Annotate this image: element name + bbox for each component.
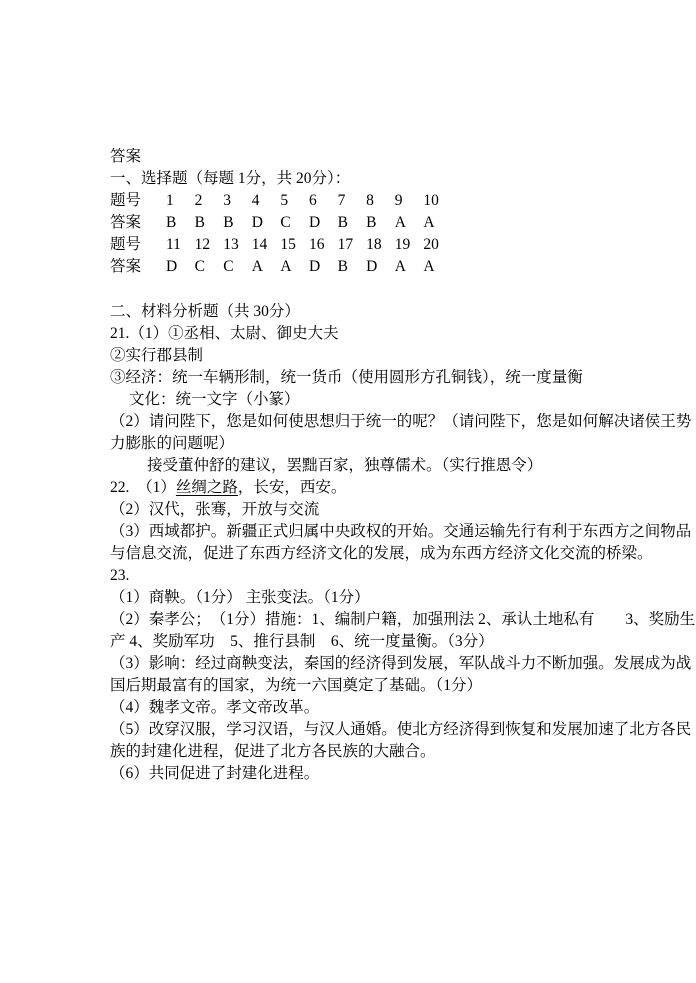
question-number-cell: 7 [338,190,367,212]
q22-answer-line: 22. （1）丝绸之路，长安，西安。 [110,477,670,499]
q22-answer-line: 与信息交流，促进了东西方经济文化的发展，成为东西方经济文化交流的桥梁。 [110,543,670,565]
row-label: 答案 [110,256,166,278]
q21-answer-line: 接受董仲舒的建议，罢黜百家，独尊儒术。（实行推恩令） [110,455,670,477]
question-number-cell: 8 [366,190,395,212]
question-number-cell: 18 [366,234,395,256]
answer-cell: D [366,256,395,278]
section-gap [110,278,670,301]
q21-answer-line: 文化：统一文字（小篆） [110,389,670,411]
answer-cell: C [280,212,309,234]
row-label: 题号 [110,234,166,256]
q23-answer-line: （4）魏孝文帝。孝文帝改革。 [110,697,670,719]
answer-cell: D [252,212,281,234]
answer-cell: D [309,256,338,278]
q23-answer-line: （6）共同促进了封建化进程。 [110,763,670,785]
underlined-term: 丝绸之路 [176,479,238,496]
q23-answer-line: 国后期最富有的国家，为统一六国奠定了基础。（1分） [110,675,670,697]
row-label: 答案 [110,212,166,234]
question-number-cell: 1 [166,190,195,212]
q21-answer-line: ②实行郡县制 [110,345,670,367]
answer-cell: A [395,212,424,234]
q23-answer-line: 族的封建化进程，促进了北方各民族的大融合。 [110,741,670,763]
answer-cell: A [423,256,452,278]
question-number-cell: 15 [280,234,309,256]
q22-answer-line: （2）汉代，张骞，开放与交流 [110,499,670,521]
question-number-cell: 14 [252,234,281,256]
q22-line-prefix: 22. （1） [110,479,176,496]
question-number-cell: 12 [195,234,224,256]
question-number-cell: 6 [309,190,338,212]
answer-cell: D [166,256,195,278]
question-number-cell: 4 [252,190,281,212]
table-row-question-numbers: 题号 1 2 3 4 5 6 7 8 9 10 [110,190,670,212]
document-page: 答案 一、选择题（每题 1分，共 20分）： 题号 1 2 3 4 5 6 7 … [0,0,696,983]
page-title: 答案 [110,146,670,168]
question-number-cell: 11 [166,234,195,256]
q23-answer-line: （3）影响：经过商鞅变法，秦国的经济得到发展，军队战斗力不断加强。发展成为战 [110,653,670,675]
q21-answer-line: 力膨胀的问题呢） [110,433,670,455]
q21-answer-line: 21.（1）①丞相、太尉、御史大夫 [110,323,670,345]
answer-cell: A [395,256,424,278]
q21-answer-line: （2）请问陛下，您是如何使思想归于统一的呢？（请问陛下，您是如何解决诸侯王势 [110,411,670,433]
question-number-cell: 3 [223,190,252,212]
answer-cell: A [252,256,281,278]
question-number-cell: 5 [280,190,309,212]
table-row-answers: 答案 D C C A A D B D A A [110,256,670,278]
question-number-cell: 9 [395,190,424,212]
q21-answer-line: ③经济：统一车辆形制，统一货币（使用圆形方孔铜钱），统一度量衡 [110,367,670,389]
question-number-cell: 2 [195,190,224,212]
answer-cell: C [223,256,252,278]
answer-cell: B [366,212,395,234]
answer-cell: B [195,212,224,234]
answer-cell: C [195,256,224,278]
q22-answer-line: （3）西域都护。新疆正式归属中央政权的开始。交通运输先行有利于东西方之间物品 [110,521,670,543]
answer-cell: A [423,212,452,234]
question-number-cell: 16 [309,234,338,256]
q23-answer-line: 产 4、奖励军功 5、推行县制 6、统一度量衡。（3分） [110,631,670,653]
question-number-cell: 13 [223,234,252,256]
answer-cell: D [309,212,338,234]
answer-cell: A [280,256,309,278]
table-row-answers: 答案 B B B D C D B B A A [110,212,670,234]
q23-answer-line: （1）商鞅。（1分） 主张变法。（1分） [110,587,670,609]
answer-cell: B [223,212,252,234]
section2-heading: 二、材料分析题（共 30分） [110,301,670,323]
question-number-cell: 19 [395,234,424,256]
q23-answer-line: （5）改穿汉服，学习汉语，与汉人通婚。使北方经济得到恢复和发展加速了北方各民 [110,719,670,741]
row-label: 题号 [110,190,166,212]
q22-line-suffix: ，长安，西安。 [238,479,347,496]
q23-answer-line: （2）秦孝公； （1分）措施：1、编制户籍，加强刑法 2、承认土地私有 3、奖励… [110,609,670,631]
answer-cell: B [166,212,195,234]
question-number-cell: 20 [423,234,452,256]
q23-answer-line: 23. [110,565,670,587]
question-number-cell: 10 [423,190,452,212]
question-number-cell: 17 [338,234,367,256]
section1-heading: 一、选择题（每题 1分，共 20分）： [110,168,670,190]
answer-cell: B [338,256,367,278]
answer-cell: B [338,212,367,234]
answer-key-table: 题号 1 2 3 4 5 6 7 8 9 10 答案 B B B D C D B [110,190,670,278]
table-row-question-numbers: 题号 11 12 13 14 15 16 17 18 19 20 [110,234,670,256]
document-content: 答案 一、选择题（每题 1分，共 20分）： 题号 1 2 3 4 5 6 7 … [110,146,670,785]
